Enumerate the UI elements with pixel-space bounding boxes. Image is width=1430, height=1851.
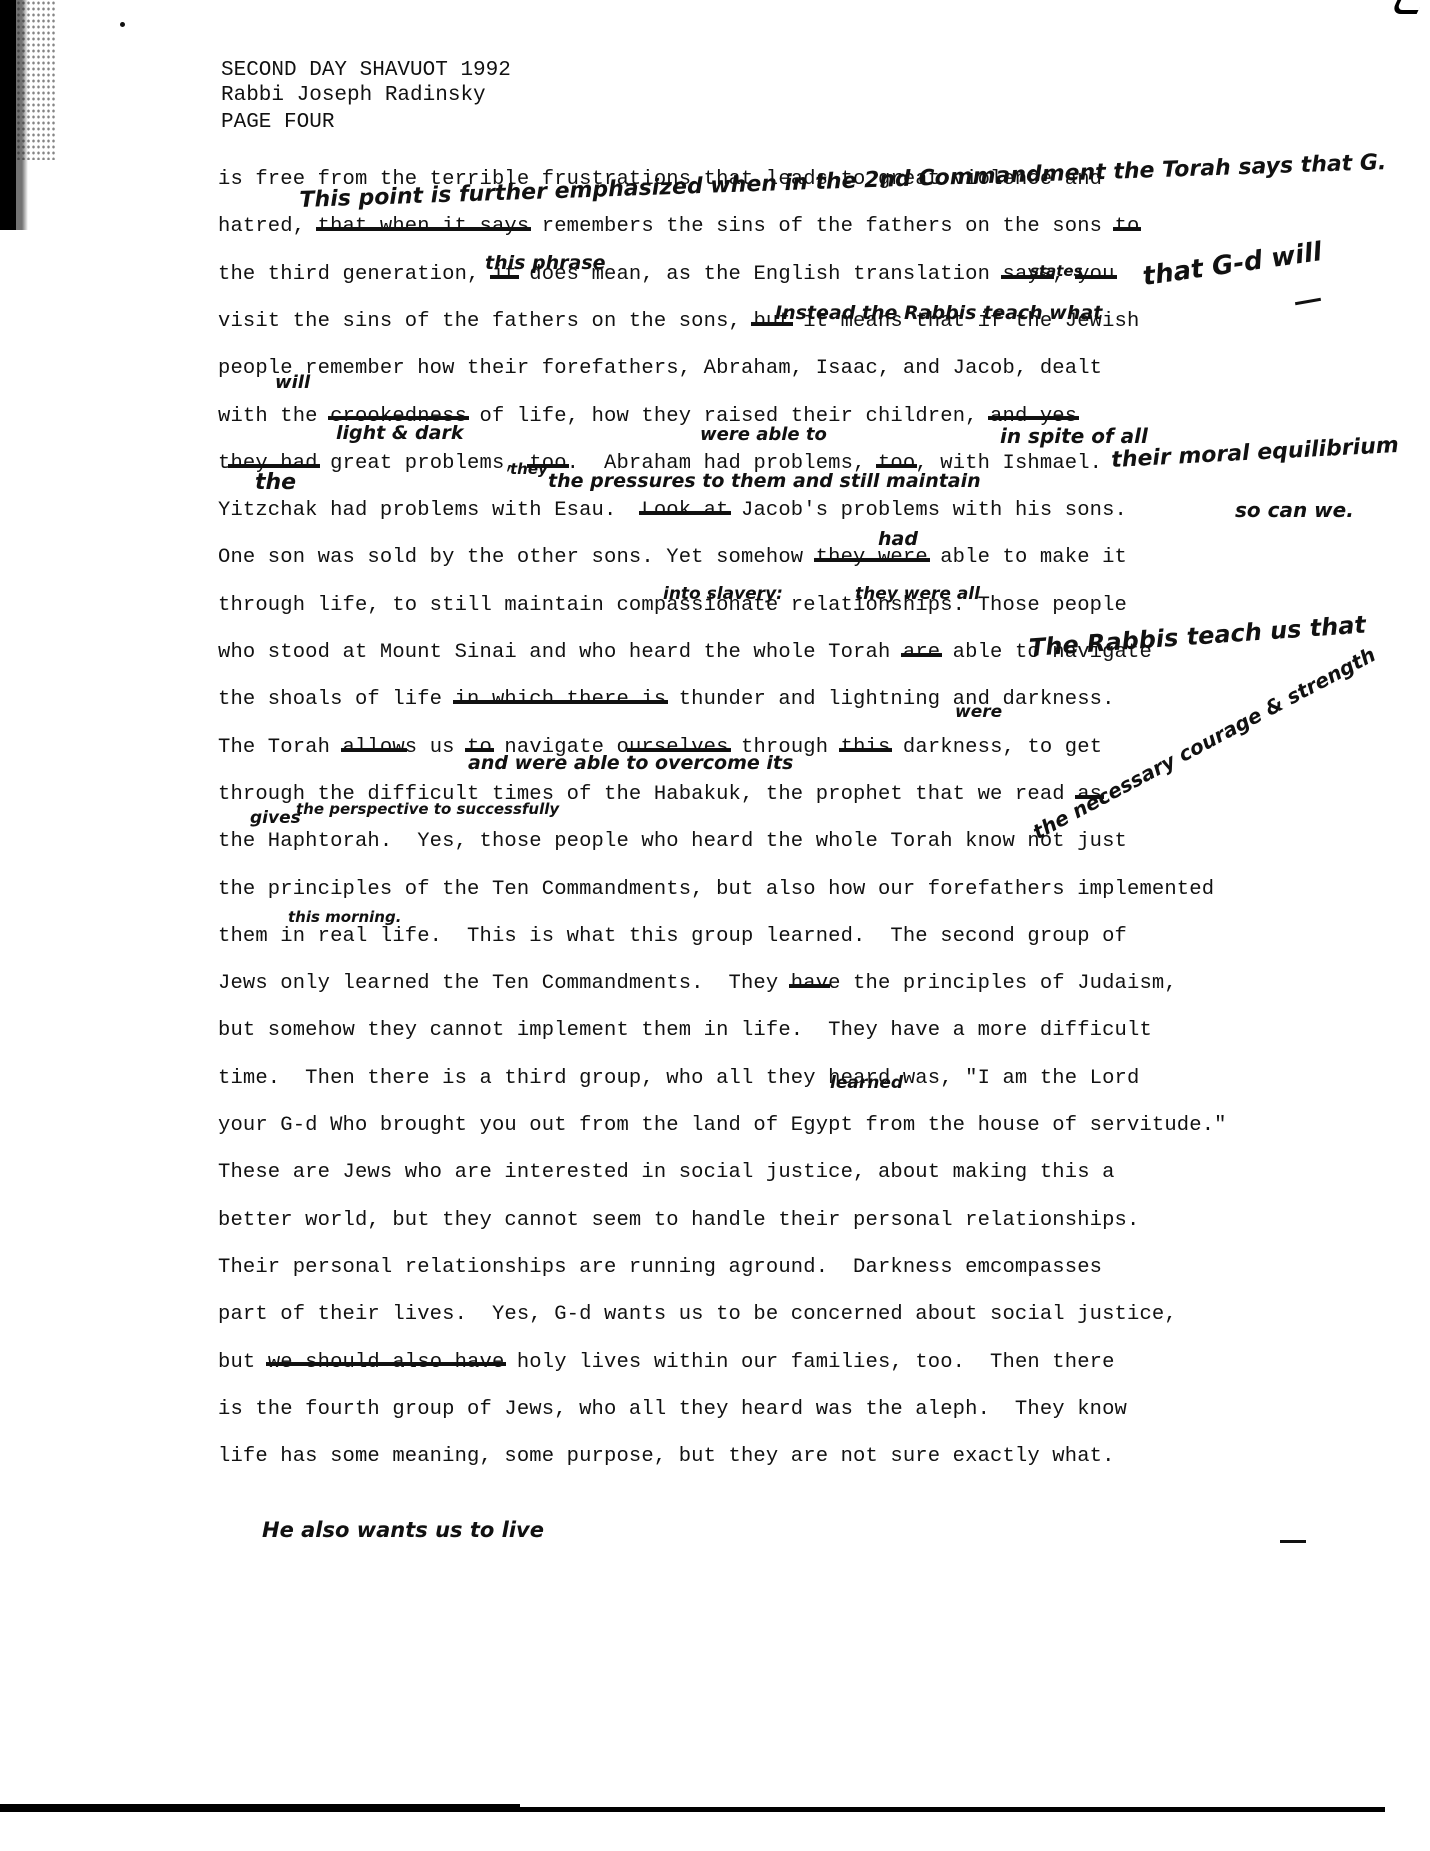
text-segment: them in real life. This is what this gro… <box>218 925 1127 948</box>
annotation: in spite of all <box>1000 424 1148 448</box>
annotation: gives <box>250 808 301 828</box>
typed-line: life has some meaning, some purpose, but… <box>218 1445 1115 1468</box>
text-segment: the principles of the Ten Commandments, … <box>218 878 1214 901</box>
struck-text: Look at <box>641 499 728 522</box>
annotation: that G-d will <box>1141 237 1324 292</box>
scan-edge-artifact <box>0 0 28 230</box>
annotation: will <box>275 372 310 393</box>
text-segment: These are Jews who are interested in soc… <box>218 1161 1115 1184</box>
text-segment: better world, but they cannot seem to ha… <box>218 1209 1139 1232</box>
struck-text: we should also have <box>268 1351 505 1374</box>
annotation: were <box>955 702 1002 722</box>
typed-line: time. Then there is a third group, who a… <box>218 1067 1139 1090</box>
typed-line: These are Jews who are interested in soc… <box>218 1161 1115 1184</box>
typed-line: people remember how their forefathers, A… <box>218 357 1102 380</box>
text-segment: with the <box>218 405 330 428</box>
annotation: this phrase <box>485 252 606 274</box>
text-segment: part of their lives. Yes, G-d wants us t… <box>218 1303 1177 1326</box>
typed-line: better world, but they cannot seem to ha… <box>218 1209 1139 1232</box>
text-segment: is the fourth group of Jews, who all the… <box>218 1398 1127 1421</box>
annotation: they were all <box>855 584 980 604</box>
text-segment: able to make it <box>928 546 1127 569</box>
text-segment: Their personal relationships are running… <box>218 1256 1102 1279</box>
text-segment: the shoals of life <box>218 688 455 711</box>
text-segment: who stood at Mount Sinai and who heard t… <box>218 641 903 664</box>
typed-line: but somehow they cannot implement them i… <box>218 1019 1152 1042</box>
annotation: light & dark <box>336 422 463 444</box>
page-bottom-edge <box>0 1807 1385 1812</box>
text-segment: life has some meaning, some purpose, but… <box>218 1445 1115 1468</box>
annotation: the <box>255 470 296 495</box>
annotation: into slavery: <box>663 584 783 604</box>
annotation: and were able to overcome its <box>468 752 793 774</box>
page-label: PAGE FOUR <box>221 110 511 135</box>
struck-text: that when it says <box>318 215 530 238</box>
text-segment: Jacob's problems with his sons. <box>729 499 1127 522</box>
text-segment: the Haphtorah. Yes, those people who hea… <box>218 830 1127 853</box>
typed-line: Yitzchak had problems with Esau. Look at… <box>218 499 1127 522</box>
text-segment: Yitzchak had problems with Esau. <box>218 499 641 522</box>
annotation: The Rabbis teach us that <box>1028 611 1367 662</box>
annotation: the perspective to successfully <box>296 800 559 818</box>
text-segment: darkness, to get <box>890 736 1102 759</box>
typed-line: but we should also have holy lives withi… <box>218 1351 1115 1374</box>
annotation: the pressures to them and still maintain <box>548 470 981 492</box>
struck-text: in which there is <box>455 688 667 711</box>
text-segment: the third generation, <box>218 263 492 286</box>
margin-mark <box>1280 1540 1306 1543</box>
corner-pen-mark <box>1391 0 1424 14</box>
annotation: learned <box>830 1073 903 1093</box>
annotation: so can we. <box>1235 498 1354 522</box>
text-segment: your G-d Who brought you out from the la… <box>218 1114 1227 1137</box>
typed-line: who stood at Mount Sinai and who heard t… <box>218 641 1152 664</box>
struck-text: hav <box>791 972 828 995</box>
text-segment: hatred, <box>218 215 318 238</box>
text-segment: s us <box>405 736 467 759</box>
text-segment: holy lives within our families, too. The… <box>504 1351 1114 1374</box>
document-author: Rabbi Joseph Radinsky <box>221 83 511 108</box>
typed-line: hatred, that when it says remembers the … <box>218 215 1139 238</box>
text-segment: thunder and lightning and darkness. <box>666 688 1114 711</box>
annotation: their moral equilibrium <box>1111 433 1400 473</box>
annotation: He also wants us to live <box>262 1518 544 1542</box>
typed-line: is the fourth group of Jews, who all the… <box>218 1398 1127 1421</box>
text-segment: time. Then there is a third group, who a… <box>218 1067 1139 1090</box>
annotation: This point is further emphasized when in… <box>299 150 1387 213</box>
struck-text: to <box>1115 215 1140 238</box>
annotation: Instead the Rabbis teach what <box>775 302 1102 324</box>
typed-line: Their personal relationships are running… <box>218 1256 1102 1279</box>
text-segment: One son was sold by the other sons. Yet … <box>218 546 816 569</box>
typed-line: the principles of the Ten Commandments, … <box>218 878 1214 901</box>
typed-line: part of their lives. Yes, G-d wants us t… <box>218 1303 1177 1326</box>
typed-line: the Haphtorah. Yes, those people who hea… <box>218 830 1127 853</box>
annotation: states <box>1030 262 1083 280</box>
annotation: they <box>510 460 548 478</box>
text-segment: e the principles of Judaism, <box>828 972 1177 995</box>
typed-line: Jews only learned the Ten Commandments. … <box>218 972 1177 995</box>
struck-text: this <box>841 736 891 759</box>
scan-speck <box>120 22 125 27</box>
typed-line: them in real life. This is what this gro… <box>218 925 1127 948</box>
text-segment: remembers the sins of the fathers on the… <box>529 215 1114 238</box>
document-title: SECOND DAY SHAVUOT 1992 <box>221 58 511 83</box>
margin-mark <box>1295 298 1321 305</box>
text-segment: but <box>218 1351 268 1374</box>
text-segment: people remember how their forefathers, A… <box>218 357 1102 380</box>
document-header: SECOND DAY SHAVUOT 1992 Rabbi Joseph Rad… <box>221 58 511 135</box>
annotation: were able to <box>700 424 827 445</box>
typed-line: One son was sold by the other sons. Yet … <box>218 546 1127 569</box>
text-segment: The Torah <box>218 736 343 759</box>
struck-text: allow <box>343 736 405 759</box>
text-segment: Jews only learned the Ten Commandments. … <box>218 972 791 995</box>
text-segment: but somehow they cannot implement them i… <box>218 1019 1152 1042</box>
scanned-page: SECOND DAY SHAVUOT 1992 Rabbi Joseph Rad… <box>0 0 1430 1851</box>
text-segment: great problems, <box>318 452 530 475</box>
struck-text: are <box>903 641 940 664</box>
annotation: this morning. <box>288 908 401 926</box>
annotation: had <box>878 528 918 550</box>
typed-line: your G-d Who brought you out from the la… <box>218 1114 1227 1137</box>
text-segment: visit the sins of the fathers on the son… <box>218 310 753 333</box>
typed-line: the third generation, it does mean, as t… <box>218 263 1115 286</box>
